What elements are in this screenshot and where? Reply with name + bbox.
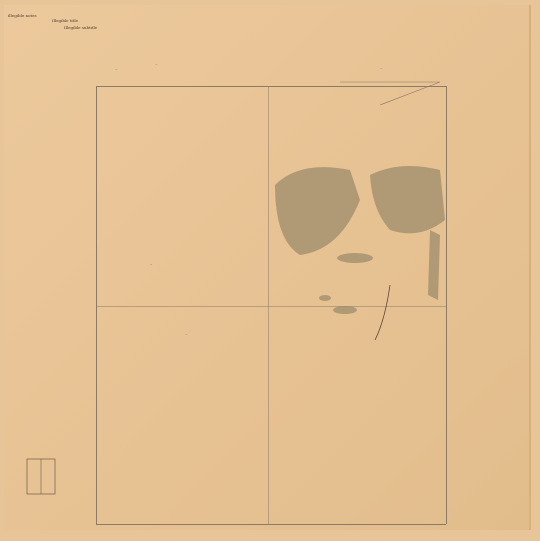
place-label: ~ [115, 67, 118, 71]
place-label: ~ [380, 66, 383, 70]
map-scan: illegible notes Illegible title Illegibl… [0, 0, 540, 541]
place-label: ~ [155, 62, 158, 66]
place-label: ~ [150, 262, 153, 266]
coastline-drawing [0, 0, 540, 541]
place-label: ~ [185, 332, 188, 336]
